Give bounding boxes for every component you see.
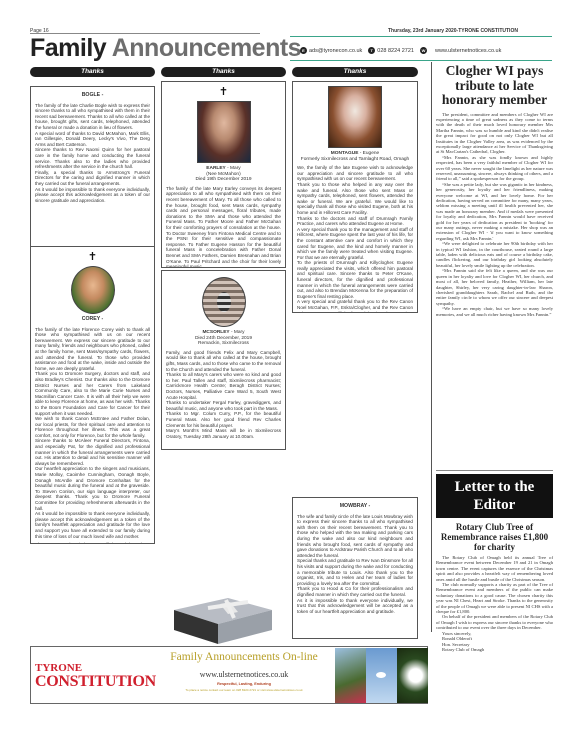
notice-paragraph: Thanks to all Mary's carers who were so … bbox=[166, 372, 281, 400]
article-paragraph: “We have an empty chair, but we have so … bbox=[436, 306, 553, 317]
dateline-rule bbox=[290, 36, 552, 37]
column-header-thanks-3: Thanks bbox=[292, 67, 418, 77]
contact-rule bbox=[290, 60, 552, 61]
article-paragraph: “Mrs Fannin said she felt like a queen, … bbox=[436, 268, 553, 306]
phone-contact[interactable]: T028 8224 2721 bbox=[368, 47, 414, 54]
title-family: Family bbox=[30, 34, 106, 62]
advert-photo-lily bbox=[397, 648, 428, 703]
notice-montague: MONTAGUE - Eugene Formerly Sixmilecross … bbox=[292, 81, 418, 313]
notice-name: MONTAGUE bbox=[331, 151, 359, 156]
notice-paragraph: Finally, a special thanks to Armstrong's… bbox=[35, 170, 150, 187]
notice-paragraph: A very special thank you to the manageme… bbox=[297, 227, 413, 261]
notice-paragraph: We wish to thank Canon McEntee and Fathe… bbox=[35, 416, 150, 438]
notice-paragraph: A very special and grateful thank you to… bbox=[297, 299, 413, 313]
section-rule bbox=[436, 470, 553, 471]
article-headline: Clogher WI pays tribute to late honorary… bbox=[436, 64, 553, 108]
notice-mowbray: MOWBRAY - The wife and family circle of … bbox=[292, 497, 418, 639]
advert-logo: TYRONE CONSTITUTION bbox=[35, 663, 155, 690]
notice-name: MCSORLEY bbox=[202, 330, 229, 335]
notice-paragraph: Special thanks and gratitude to Rev Ivan… bbox=[297, 558, 413, 586]
letter-paragraph: The club normally supports a charity as … bbox=[436, 582, 553, 614]
web-icon: W bbox=[420, 47, 427, 54]
notice-paragraph: Thank you to those who helped in any way… bbox=[297, 182, 413, 216]
page-title: Family Announcements bbox=[30, 35, 301, 62]
notice-paragraph: Florence's Month Mind Mass will be celeb… bbox=[35, 542, 150, 544]
email-icon: E bbox=[300, 47, 307, 54]
column-divider bbox=[431, 62, 432, 632]
photo-corey bbox=[71, 266, 115, 314]
web-contact[interactable]: Wwww.ulsternetnotices.co.uk bbox=[420, 47, 501, 54]
notice-paragraph: Sincere thanks to Rev Naomi Quinn for he… bbox=[35, 147, 150, 169]
advert-content: Family Announcements On-line www.ulstern… bbox=[159, 651, 329, 692]
cross-icon: ✝ bbox=[166, 86, 281, 98]
column-header-thanks-1: Thanks bbox=[30, 67, 155, 77]
article-paragraph: The president, committee and members of … bbox=[436, 112, 553, 155]
notice-paragraph: To the priests of Drumragh and Killyclog… bbox=[297, 260, 413, 299]
advert-banner[interactable]: TYRONE CONSTITUTION Family Announcements… bbox=[30, 646, 428, 704]
notice-died: Died 19th December 2019 bbox=[166, 177, 281, 183]
photo-montague bbox=[328, 86, 382, 148]
letter-paragraph: The Rotary Club of Omagh held its annual… bbox=[436, 555, 553, 582]
notice-earley: ✝ EARLEY - Mary (Nee McMahon) Died 19th … bbox=[161, 81, 286, 268]
notice-paragraph: Our heartfelt appreciation to the singer… bbox=[35, 466, 150, 511]
notice-name: COREY - bbox=[35, 317, 150, 323]
notice-paragraph: As it would be impossible to thank every… bbox=[35, 187, 150, 204]
advert-tagline: Respectful, Lasting, Enduring bbox=[159, 682, 329, 686]
notice-name: EARLEY bbox=[206, 166, 225, 171]
notice-paragraph: The wife and family circle of the late L… bbox=[297, 514, 413, 559]
notice-paragraph: Thanks to undertaker Fergal Farley, grav… bbox=[166, 400, 281, 411]
notice-forename: - Mary bbox=[226, 166, 241, 171]
advert-photos bbox=[335, 648, 428, 703]
phone-text: 028 8224 2721 bbox=[377, 48, 414, 54]
advert-photo-child bbox=[335, 648, 366, 703]
notice-address: Formerly Sixmilecross and Tamlaght Road,… bbox=[297, 157, 413, 163]
column-header-thanks-2: Thanks bbox=[161, 67, 286, 77]
notice-forename: - Mary bbox=[230, 330, 245, 335]
article-paragraph: “She was a petite lady, but she was giga… bbox=[436, 182, 553, 241]
notice-paragraph: We, the family of the late Eugene wish t… bbox=[297, 165, 413, 182]
advert-contact-line: To place a notice contact our team on 02… bbox=[159, 688, 329, 692]
letter-headline: Rotary Club Tree of Remembrance raises £… bbox=[436, 522, 553, 552]
letter-paragraph: On behalf of the president and members o… bbox=[436, 614, 553, 630]
phone-icon: T bbox=[368, 47, 375, 54]
bible-icon bbox=[168, 596, 278, 646]
notice-paragraph: Sincere thanks to McAleer Funeral Direct… bbox=[35, 438, 150, 466]
email-text: ads@tyronecon.co.uk bbox=[309, 48, 362, 54]
notice-paragraph: As it would be impossible to thank every… bbox=[35, 511, 150, 539]
title-announcements: Announcements bbox=[112, 34, 301, 62]
notice-paragraph: The family of the late Florence Corey wi… bbox=[35, 327, 150, 372]
dateline: Thursday, 23rd January 2020-TYRONE CONST… bbox=[388, 28, 518, 34]
photo-mcsorley bbox=[202, 277, 246, 327]
letter-signer-org: Rotary Club of Omagh bbox=[442, 647, 553, 652]
notice-paragraph: As it is impossible to thank everyone in… bbox=[297, 598, 413, 615]
email-contact[interactable]: Eads@tyronecon.co.uk bbox=[300, 47, 362, 54]
notice-paragraph: Thanks to Mgr. Colum Curry, P.P., for th… bbox=[166, 411, 281, 428]
notice-paragraph: Family, and good friends Felix and Mary … bbox=[166, 350, 281, 372]
cross-icon: ✝ bbox=[35, 251, 150, 263]
article-paragraph: “We were delighted to celebrate her 90th… bbox=[436, 241, 553, 268]
notice-paragraph: Thanks to the doctors and staff of Drumr… bbox=[297, 216, 413, 227]
notice-name: MOWBRAY - bbox=[297, 504, 413, 510]
notice-name: BOGLE - bbox=[35, 93, 150, 99]
advert-url[interactable]: www.ulsternetnotices.co.uk bbox=[159, 670, 329, 679]
photo-earley bbox=[197, 101, 251, 163]
notice-bogle: BOGLE - The family of the late Charlie B… bbox=[30, 86, 155, 272]
letter-banner: Letter to the Editor bbox=[436, 474, 553, 518]
notice-mcsorley: MCSORLEY - Mary Died 24th December, 2019… bbox=[161, 270, 286, 450]
notice-paragraph: The family of the late Mary Earley conve… bbox=[166, 186, 281, 268]
advert-title: Family Announcements On-line bbox=[159, 651, 329, 664]
logo-constitution: CONSTITUTION bbox=[35, 674, 155, 690]
notice-corey: ✝ COREY - The family of the late Florenc… bbox=[30, 246, 155, 544]
article-clogher-wi: Clogher WI pays tribute to late honorary… bbox=[436, 64, 553, 317]
notice-paragraph: A special word of thanks to David McMaho… bbox=[35, 131, 150, 148]
notice-paragraph: Mary's Month's Mind Mass will be in Sixm… bbox=[166, 428, 281, 439]
notice-paragraph: The family of the late Charlie Bogle wis… bbox=[35, 103, 150, 131]
letter-rotary: Rotary Club Tree of Remembrance raises £… bbox=[436, 522, 553, 652]
notice-paragraph: Thank you to Hood & Co for their profess… bbox=[297, 586, 413, 597]
advert-photo-dove bbox=[366, 648, 397, 703]
bible-illustration bbox=[168, 596, 278, 646]
notice-forename: - Eugene bbox=[358, 151, 379, 156]
notice-paragraph: Thank you to Dromore Surgery, doctors an… bbox=[35, 371, 150, 416]
website-text: www.ulsternetnotices.co.uk bbox=[435, 48, 501, 54]
contact-strip: Eads@tyronecon.co.uk T028 8224 2721 Wwww… bbox=[300, 47, 501, 54]
notice-address: Remackin, Sixmilecross bbox=[166, 341, 281, 347]
article-paragraph: “Mrs Fannin, as she was fondly known and… bbox=[436, 155, 553, 182]
